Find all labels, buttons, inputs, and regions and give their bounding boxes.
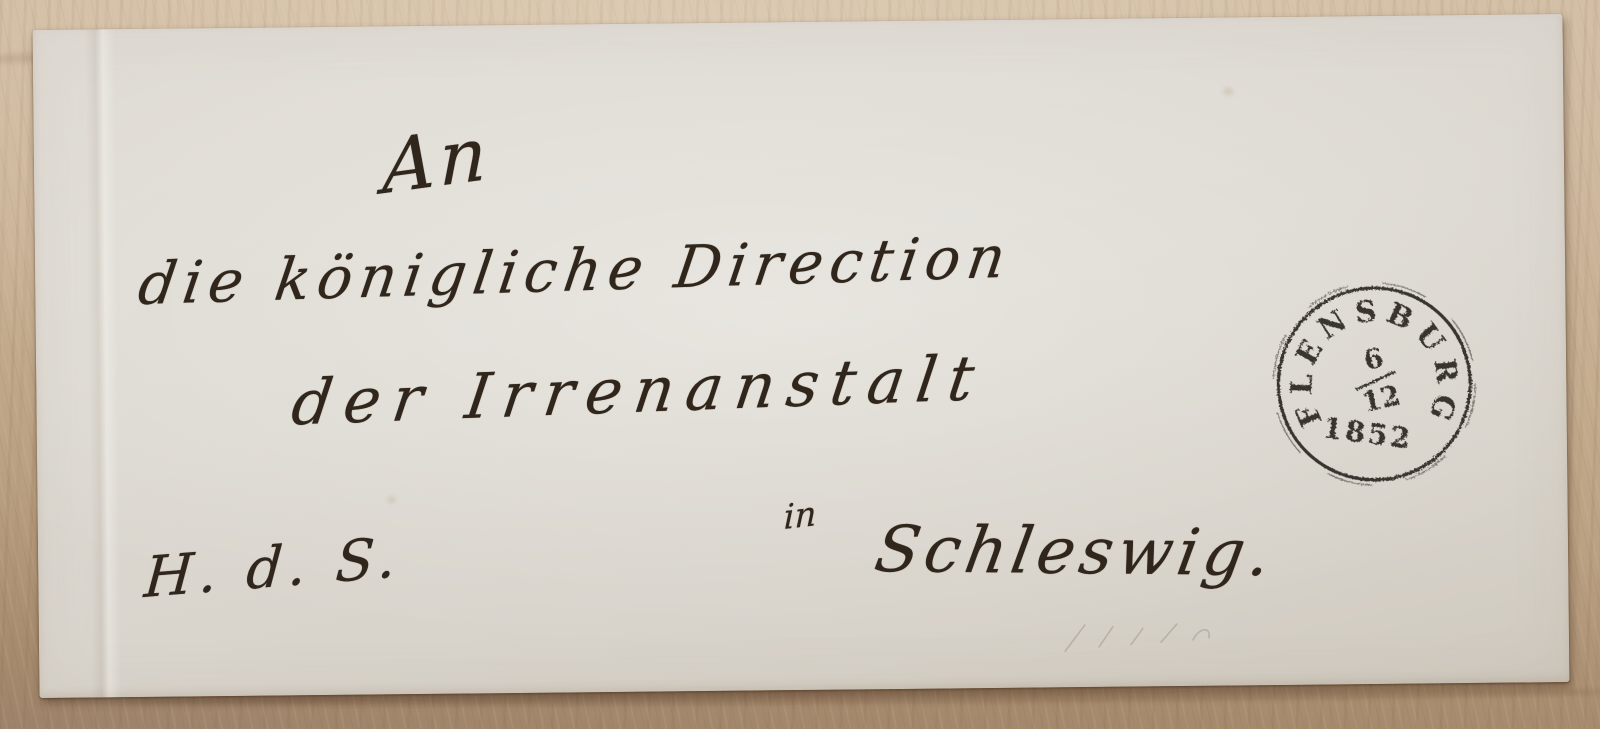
postal-notation: H. d. S. (142, 525, 404, 611)
address-line-1: die königliche Direction (134, 222, 1016, 318)
foxing-spot (1223, 87, 1233, 95)
postmark-stamp-icon: FLENSBURG 6 12 1852 (1267, 277, 1481, 491)
foxing-spot (387, 496, 395, 503)
address-line-2: der Irrenanstalt (287, 341, 990, 440)
destination-preposition: in (783, 494, 817, 538)
address-salutation: An (382, 110, 491, 211)
paper-crease (85, 29, 122, 697)
destination-town: Schleswig. (870, 513, 1281, 591)
folded-letter-envelope: An die königliche Direction der Irrenans… (33, 14, 1570, 698)
postmark-year: 1852 (1321, 410, 1415, 455)
pencil-marks (1059, 609, 1249, 659)
photo-scene: An die königliche Direction der Irrenans… (0, 0, 1600, 729)
postmark-day: 6 (1361, 342, 1387, 378)
